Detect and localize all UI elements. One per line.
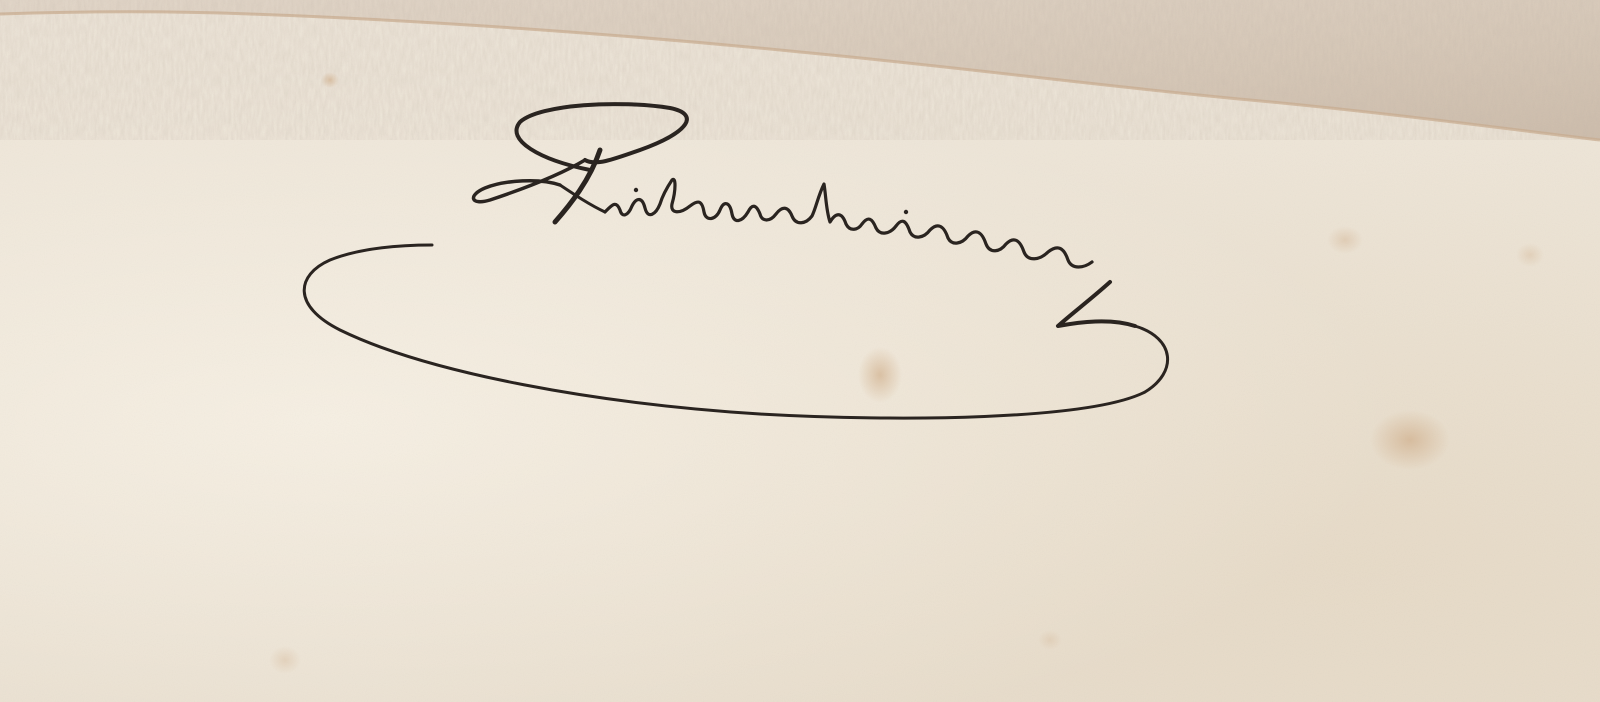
- scene-artwork: [0, 0, 1600, 702]
- paper-texture: [0, 0, 1600, 702]
- photo-scene: Riabouschinsky: [0, 0, 1600, 702]
